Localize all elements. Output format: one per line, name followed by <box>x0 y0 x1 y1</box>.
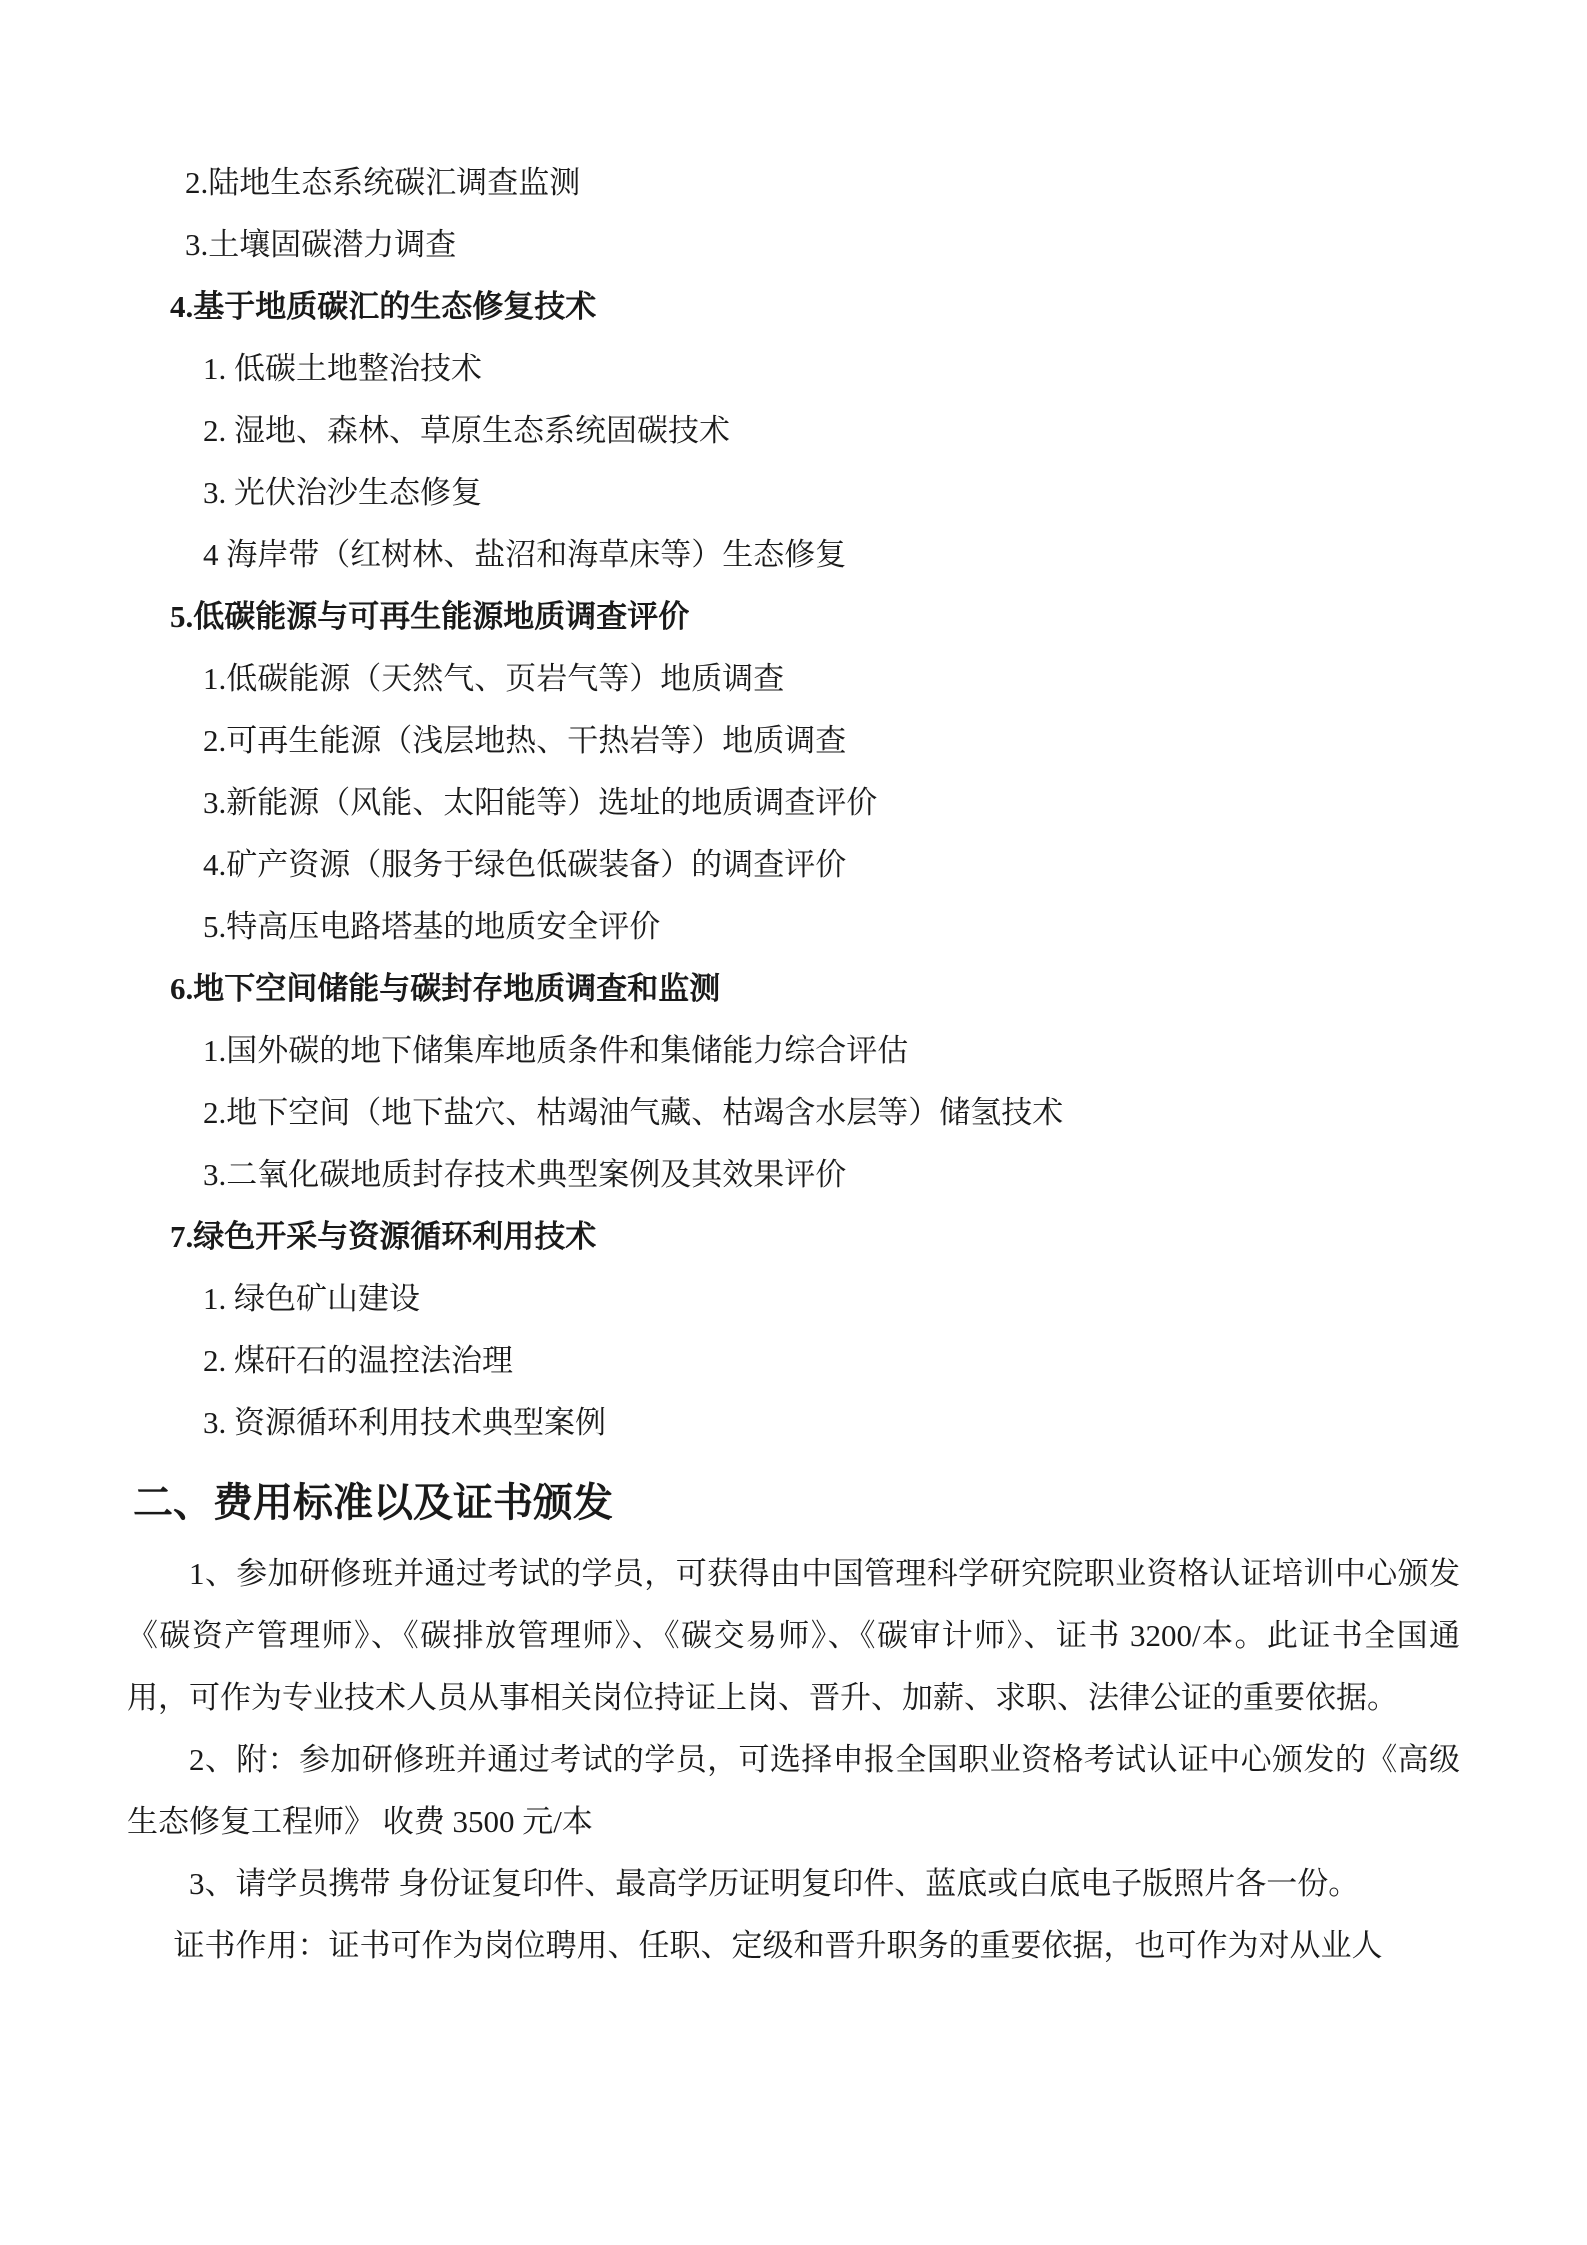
outline-item: 2.可再生能源（浅层地热、干热岩等）地质调查 <box>127 710 1460 772</box>
document-page-canvas: 2.陆地生态系统碳汇调查监测 3.土壤固碳潜力调查 4.基于地质碳汇的生态修复技… <box>0 0 1587 2245</box>
outline-item: 3.二氧化碳地质封存技术典型案例及其效果评价 <box>127 1144 1460 1206</box>
paragraph-certificate-usage: 证书作用：证书可作为岗位聘用、任职、定级和晋升职务的重要依据，也可作为对从业人 <box>127 1915 1460 1977</box>
outline-item: 3.新能源（风能、太阳能等）选址的地质调查评价 <box>127 772 1460 834</box>
paragraph-required-materials: 3、请学员携带 身份证复印件、最高学历证明复印件、蓝底或白底电子版照片各一份。 <box>127 1853 1460 1915</box>
outline-item: 1. 绿色矿山建设 <box>127 1268 1460 1330</box>
outline-item: 2.陆地生态系统碳汇调查监测 <box>127 152 1460 214</box>
outline-item: 1. 低碳土地整治技术 <box>127 338 1460 400</box>
outline-item: 2. 湿地、森林、草原生态系统固碳技术 <box>127 400 1460 462</box>
outline-section-heading: 5.低碳能源与可再生能源地质调查评价 <box>127 586 1460 648</box>
outline-item: 2. 煤矸石的温控法治理 <box>127 1330 1460 1392</box>
outline-item: 3. 资源循环利用技术典型案例 <box>127 1392 1460 1454</box>
outline-item: 4.矿产资源（服务于绿色低碳装备）的调查评价 <box>127 834 1460 896</box>
paragraph-certificate-issuing: 1、参加研修班并通过考试的学员，可获得由中国管理科学研究院职业资格认证培训中心颁… <box>127 1543 1460 1729</box>
outline-item: 1.低碳能源（天然气、页岩气等）地质调查 <box>127 648 1460 710</box>
outline-section-heading: 4.基于地质碳汇的生态修复技术 <box>127 276 1460 338</box>
outline-section-heading: 6.地下空间储能与碳封存地质调查和监测 <box>127 958 1460 1020</box>
outline-section-heading: 7.绿色开采与资源循环利用技术 <box>127 1206 1460 1268</box>
outline-item: 2.地下空间（地下盐穴、枯竭油气藏、枯竭含水层等）储氢技术 <box>127 1082 1460 1144</box>
fees-and-certificates-heading: 二、费用标准以及证书颁发 <box>133 1470 1460 1536</box>
outline-item: 3. 光伏治沙生态修复 <box>127 462 1460 524</box>
outline-item: 4 海岸带（红树林、盐沼和海草床等）生态修复 <box>127 524 1460 586</box>
outline-item: 3.土壤固碳潜力调查 <box>127 214 1460 276</box>
outline-item: 5.特高压电路塔基的地质安全评价 <box>127 896 1460 958</box>
document-page: { "page": { "background": "#ffffff", "te… <box>0 0 1587 2245</box>
paragraph-optional-certificate: 2、附：参加研修班并通过考试的学员，可选择申报全国职业资格考试认证中心颁发的《高… <box>127 1729 1460 1853</box>
document-content: 2.陆地生态系统碳汇调查监测 3.土壤固碳潜力调查 4.基于地质碳汇的生态修复技… <box>127 152 1460 1977</box>
outline-item: 1.国外碳的地下储集库地质条件和集储能力综合评估 <box>127 1020 1460 1082</box>
